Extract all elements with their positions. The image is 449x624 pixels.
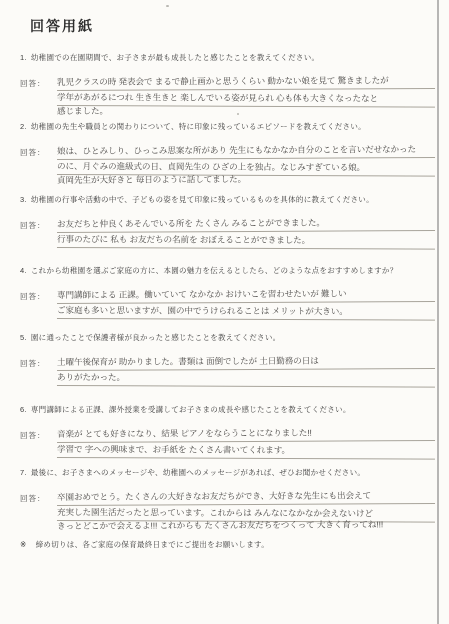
- handwritten-answer-line: きっとどこかで会えるよ!!! これからも たくさんお友だちをつくって 大きく育っ…: [57, 518, 435, 533]
- question-line: 2.幼稚園の先生や職員との関わりについて、特に印象に残っているエピソードを教えて…: [20, 122, 435, 131]
- footnote-marker: ※: [20, 540, 27, 549]
- question-number: 1.: [20, 53, 27, 62]
- answer-label: 回答：: [20, 147, 46, 158]
- question-block: 5.園に通ったことで保護者様が良かったと感じたことを教えてください。 回答： 土…: [20, 333, 435, 385]
- question-number: 6.: [20, 405, 27, 414]
- handwritten-answer-line: 乳児クラスの時 発表会で まるで静止画かと思うくらい 動かない娘を見て 驚きまし…: [57, 74, 435, 90]
- answer-label: 回答：: [20, 291, 46, 302]
- question-line: 3.幼稚園の行事や活動の中で、子どもの姿を見て印象に残っているものを具体的に教え…: [20, 195, 435, 204]
- answer-lines: 乳児クラスの時 発表会で まるで静止画かと思うくらい 動かない娘を見て 驚きまし…: [57, 76, 435, 119]
- question-text: これから幼稚園を選ぶご家庭の方に、本園の魅力を伝えるとしたら、どのような点をおす…: [31, 266, 398, 275]
- question-number: 7.: [20, 468, 27, 477]
- answer-lines: お友だちと仲良くあそんでいる所を たくさん みることができました。行事のたびに …: [57, 218, 435, 247]
- scanned-answer-sheet: 回答用紙 1.幼稚園での在園期間で、お子さまが最も成長したと感じたことを教えてく…: [0, 0, 449, 624]
- handwritten-answer-line: ありがたかった。: [57, 371, 435, 387]
- question-text: 幼稚園の行事や活動の中で、子どもの姿を見て印象に残っているものを具体的に教えてく…: [31, 195, 374, 204]
- scan-speck: [166, 5, 169, 7]
- answer-lines: 音楽が とても好きになり、結果 ピアノをならうことになりました!!学習で 字への…: [57, 428, 435, 457]
- question-text: 幼稚園の先生や職員との関わりについて、特に印象に残っているエピソードを教えてくだ…: [31, 122, 366, 131]
- handwritten-answer-line: 貞岡先生が大好きと 毎日のように話してました。: [57, 172, 435, 187]
- answer-row: 回答： 卒園おめでとう。たくさんの大好きなお友だちができ、大好きな先生にも出会え…: [20, 491, 435, 534]
- answer-label: 回答：: [20, 493, 46, 504]
- handwritten-answer-line: 音楽が とても好きになり、結果 ピアノをならうことになりました!!: [57, 426, 435, 442]
- answer-label: 回答：: [20, 220, 46, 231]
- handwritten-answer-line: 感じました。: [57, 103, 435, 118]
- question-text: 幼稚園での在園期間で、お子さまが最も成長したと感じたことを教えてください。: [31, 53, 319, 62]
- handwritten-answer-line: 卒園おめでとう。たくさんの大好きなお友だちができ、大好きな先生にも出会えて: [57, 489, 435, 505]
- question-line: 4.これから幼稚園を選ぶご家庭の方に、本園の魅力を伝えるとしたら、どのような点を…: [20, 266, 435, 275]
- handwritten-answer-line: 学習で 字への興味まで、お手紙を たくさん書いてくれます。: [57, 443, 435, 459]
- answer-lines: 娘は、ひとみしり、ひっこみ思案な所があり 先生にもなかなか自分のことを言いだせな…: [57, 145, 435, 188]
- question-number: 5.: [20, 333, 27, 342]
- question-text: 最後に、お子さまへのメッセージや、幼稚園へのメッセージがあれば、ぜひお聞かせくだ…: [31, 468, 365, 477]
- handwritten-answer-line: 行事のたびに 私も お友だちの名前を おぼえることができました。: [57, 233, 435, 249]
- answer-row: 回答： 乳児クラスの時 発表会で まるで静止画かと思うくらい 動かない娘を見て …: [20, 76, 435, 119]
- question-block: 1.幼稚園での在園期間で、お子さまが最も成長したと感じたことを教えてください。 …: [20, 53, 435, 119]
- answer-row: 回答： 土曜午後保育が 助かりました。書類は 面倒でしたが 土日勤務の日はありが…: [20, 356, 435, 385]
- scan-speck: [237, 113, 239, 115]
- page-title: 回答用紙: [30, 16, 94, 36]
- handwritten-answer-line: 専門講師による 正課。働いていて なかなか おけいこを習わせたいが 難しい: [57, 287, 435, 303]
- answer-row: 回答： 音楽が とても好きになり、結果 ピアノをならうことになりました!!学習で…: [20, 428, 435, 457]
- question-text: 専門講師による正課、課外授業を受講してお子さまの成長や感じたことを教えてください…: [31, 405, 351, 414]
- answer-lines: 卒園おめでとう。たくさんの大好きなお友だちができ、大好きな先生にも出会えて充実し…: [57, 491, 435, 534]
- handwritten-answer-line: お友だちと仲良くあそんでいる所を たくさん みることができました。: [57, 216, 435, 232]
- handwritten-answer-line: 娘は、ひとみしり、ひっこみ思案な所があり 先生にもなかなか自分のことを言いだせな…: [57, 143, 435, 159]
- answer-label: 回答：: [20, 430, 46, 441]
- question-number: 2.: [20, 122, 27, 131]
- question-block: 4.これから幼稚園を選ぶご家庭の方に、本園の魅力を伝えるとしたら、どのような点を…: [20, 266, 435, 318]
- question-block: 3.幼稚園の行事や活動の中で、子どもの姿を見て印象に残っているものを具体的に教え…: [20, 195, 435, 247]
- question-block: 7.最後に、お子さまへのメッセージや、幼稚園へのメッセージがあれば、ぜひお聞かせ…: [20, 468, 435, 534]
- deadline-note: ※締め切りは、各ご家庭の保育最終日までにご提出をお願いします。: [20, 539, 269, 550]
- answer-row: 回答： 娘は、ひとみしり、ひっこみ思案な所があり 先生にもなかなか自分のことを言…: [20, 145, 435, 188]
- question-block: 2.幼稚園の先生や職員との関わりについて、特に印象に残っているエピソードを教えて…: [20, 122, 435, 188]
- answer-label: 回答：: [20, 78, 46, 89]
- question-number: 4.: [20, 266, 27, 275]
- answer-label: 回答：: [20, 358, 46, 369]
- handwritten-answer-line: ご家庭も多いと思いますが、園の中でうけられることは メリットが大きい。: [57, 304, 435, 320]
- answer-lines: 専門講師による 正課。働いていて なかなか おけいこを習わせたいが 難しいご家庭…: [57, 289, 435, 318]
- question-number: 3.: [20, 195, 27, 204]
- question-block: 6.専門講師による正課、課外授業を受講してお子さまの成長や感じたことを教えてくだ…: [20, 405, 435, 457]
- question-line: 5.園に通ったことで保護者様が良かったと感じたことを教えてください。: [20, 333, 435, 342]
- question-line: 7.最後に、お子さまへのメッセージや、幼稚園へのメッセージがあれば、ぜひお聞かせ…: [20, 468, 435, 477]
- handwritten-answer-line: 土曜午後保育が 助かりました。書類は 面倒でしたが 土日勤務の日は: [57, 354, 435, 370]
- scan-edge-shadow: [437, 0, 439, 624]
- answer-row: 回答： お友だちと仲良くあそんでいる所を たくさん みることができました。行事の…: [20, 218, 435, 247]
- answer-lines: 土曜午後保育が 助かりました。書類は 面倒でしたが 土日勤務の日はありがたかった…: [57, 356, 435, 385]
- answer-row: 回答： 専門講師による 正課。働いていて なかなか おけいこを習わせたいが 難し…: [20, 289, 435, 318]
- footnote-text: 締め切りは、各ご家庭の保育最終日までにご提出をお願いします。: [36, 540, 269, 549]
- question-line: 6.専門講師による正課、課外授業を受講してお子さまの成長や感じたことを教えてくだ…: [20, 405, 435, 414]
- question-line: 1.幼稚園での在園期間で、お子さまが最も成長したと感じたことを教えてください。: [20, 53, 435, 62]
- question-text: 園に通ったことで保護者様が良かったと感じたことを教えてください。: [31, 333, 281, 342]
